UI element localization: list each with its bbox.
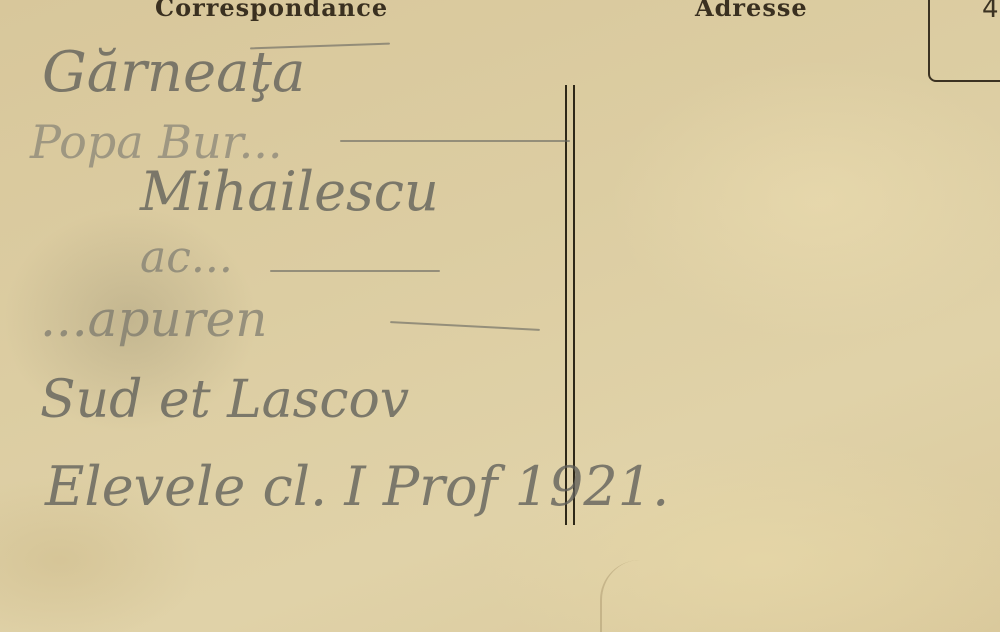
- stamp-box-number: 4: [982, 0, 999, 24]
- handwriting-line-6: Sud et Lascov: [40, 370, 409, 430]
- pencil-stroke: [340, 140, 570, 142]
- postcard-back: Correspondance Adresse 4 Gărneaţa Popa B…: [0, 0, 1000, 632]
- handwriting-line-5: ...apuren: [40, 290, 267, 348]
- pencil-stroke: [270, 270, 440, 272]
- handwriting-line-4: ac...: [140, 232, 233, 283]
- handwriting-line-1: Gărneaţa: [42, 40, 305, 105]
- paper-crease: [600, 560, 642, 632]
- correspondence-header: Correspondance: [155, 0, 388, 22]
- pencil-stroke: [390, 321, 540, 331]
- handwriting-line-7: Elevele cl. I Prof 1921.: [45, 455, 669, 518]
- handwriting-line-3: Mihailescu: [140, 160, 439, 223]
- address-header: Adresse: [695, 0, 808, 22]
